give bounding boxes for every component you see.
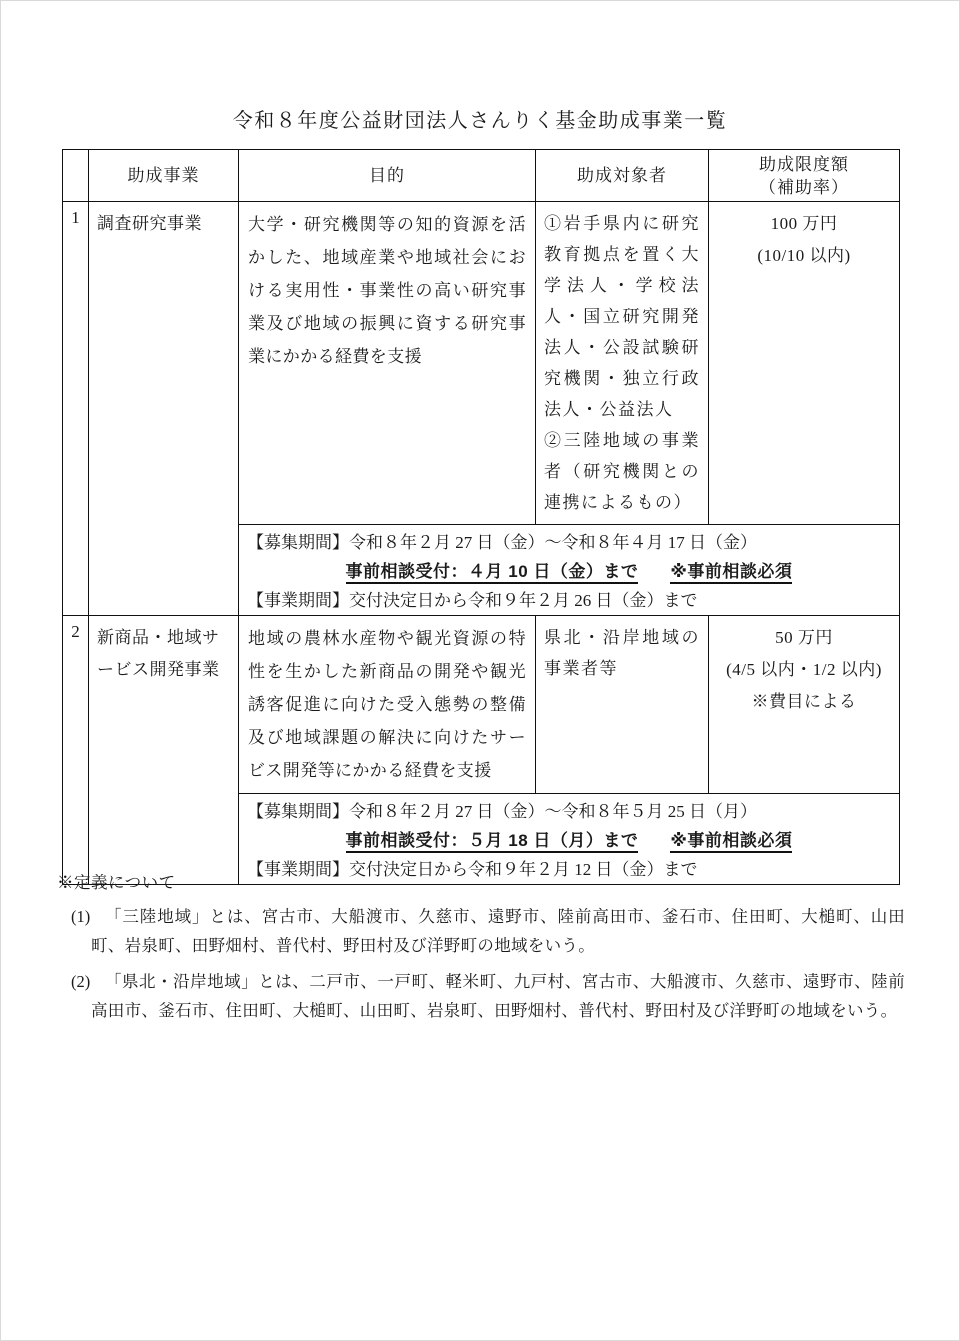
row1-limit-rate: (10/10 以内) [713,240,895,272]
subsidy-table: 助成事業 目的 助成対象者 助成限度額 （補助率） 1 調査研究事業 大学・研究… [62,149,900,885]
header-limit: 助成限度額 （補助率） [709,150,900,202]
row2-consult-deadline: 事前相談受付：５月 18 日（月）まで※事前相談必須 [247,826,891,855]
row1-period-cell: 【募集期間】令和８年２月 27 日（金）～令和８年４月 17 日（金） 事前相談… [239,525,900,616]
header-project: 助成事業 [89,150,239,202]
row1-recruit-text: 令和８年２月 27 日（金）～令和８年４月 17 日（金） [349,533,757,552]
row1-target: ①岩手県内に研究教育拠点を置く大学法人・学校法人・国立研究開発法人・公設試験研究… [536,202,709,525]
row1-number: 1 [63,202,89,616]
row1-recruit-period: 【募集期間】令和８年２月 27 日（金）～令和８年４月 17 日（金） [247,528,891,557]
row2-recruit-text: 令和８年２月 27 日（金）～令和８年５月 25 日（月） [349,802,757,821]
row1-target-item-1: ①岩手県内に研究教育拠点を置く大学法人・学校法人・国立研究開発法人・公設試験研究… [544,208,700,425]
note-2-number: (2) [71,967,90,996]
row2-target-item-1: 県北・沿岸地域の事業者等 [544,622,700,684]
row2-purpose: 地域の農林水産物や観光資源の特性を生かした新商品の開発や観光誘客促進に向けた受入… [239,616,536,794]
header-no [63,150,89,202]
row2-limit-note: ※費目による [713,686,895,718]
row1-consult-deadline: 事前相談受付：４月 10 日（金）まで※事前相談必須 [247,557,891,586]
row1-consult-text: 事前相談受付：４月 10 日（金）まで [346,562,639,584]
row2-recruit-period: 【募集期間】令和８年２月 27 日（金）～令和８年５月 25 日（月） [247,797,891,826]
row2-project-name: 新商品・地域サービス開発事業 [89,616,239,885]
table-header-row: 助成事業 目的 助成対象者 助成限度額 （補助率） [63,150,900,202]
document-page: 令和８年度公益財団法人さんりく基金助成事業一覧 助成事業 目的 助成対象者 助成… [0,0,960,1341]
row2-consult-text: 事前相談受付：５月 18 日（月）まで [346,831,639,853]
header-purpose: 目的 [239,150,536,202]
header-target: 助成対象者 [536,150,709,202]
row2-main: 2 新商品・地域サービス開発事業 地域の農林水産物や観光資源の特性を生かした新商… [63,616,900,794]
row2-recruit-label: 【募集期間】 [247,802,349,821]
row2-limit-amount: 50 万円 [713,622,895,654]
row2-consult-note: ※事前相談必須 [670,831,792,853]
row1-business-period: 【事業期間】交付決定日から令和９年２月 26 日（金）まで [247,586,891,615]
row1-consult-note: ※事前相談必須 [670,562,792,584]
header-limit-line1: 助成限度額 [711,153,897,176]
notes-heading: ※定義について [57,871,905,895]
row1-recruit-label: 【募集期間】 [247,533,349,552]
page-title: 令和８年度公益財団法人さんりく基金助成事業一覧 [1,104,959,133]
note-item-kenpoku-engan: (2)「県北・沿岸地域」とは、二戸市、一戸町、軽米町、九戸村、宮古市、大船渡市、… [91,967,905,1025]
note-1-text: 「三陸地域」とは、宮古市、大船渡市、久慈市、遠野市、陸前高田市、釜石市、住田町、… [91,907,905,955]
definition-notes: ※定義について (1)「三陸地域」とは、宮古市、大船渡市、久慈市、遠野市、陸前高… [57,871,905,1025]
row1-business-text: 交付決定日から令和９年２月 26 日（金）まで [349,591,698,610]
note-item-sanriku: (1)「三陸地域」とは、宮古市、大船渡市、久慈市、遠野市、陸前高田市、釜石市、住… [91,902,905,960]
row1-purpose: 大学・研究機関等の知的資源を活かした、地域産業や地域社会における実用性・事業性の… [239,202,536,525]
row1-main: 1 調査研究事業 大学・研究機関等の知的資源を活かした、地域産業や地域社会におけ… [63,202,900,525]
note-1-number: (1) [71,902,90,931]
row2-number: 2 [63,616,89,885]
row2-limit: 50 万円 (4/5 以内・1/2 以内) ※費目による [709,616,900,794]
row1-business-label: 【事業期間】 [247,591,349,610]
note-2-text: 「県北・沿岸地域」とは、二戸市、一戸町、軽米町、九戸村、宮古市、大船渡市、久慈市… [91,972,905,1020]
row2-limit-rate: (4/5 以内・1/2 以内) [713,654,895,686]
header-limit-line2: （補助率） [711,176,897,199]
row1-target-item-2: ②三陸地域の事業者（研究機関との連携によるもの） [544,425,700,518]
row1-project-name: 調査研究事業 [89,202,239,616]
row1-limit: 100 万円 (10/10 以内) [709,202,900,525]
row2-target: 県北・沿岸地域の事業者等 [536,616,709,794]
row1-limit-amount: 100 万円 [713,208,895,240]
